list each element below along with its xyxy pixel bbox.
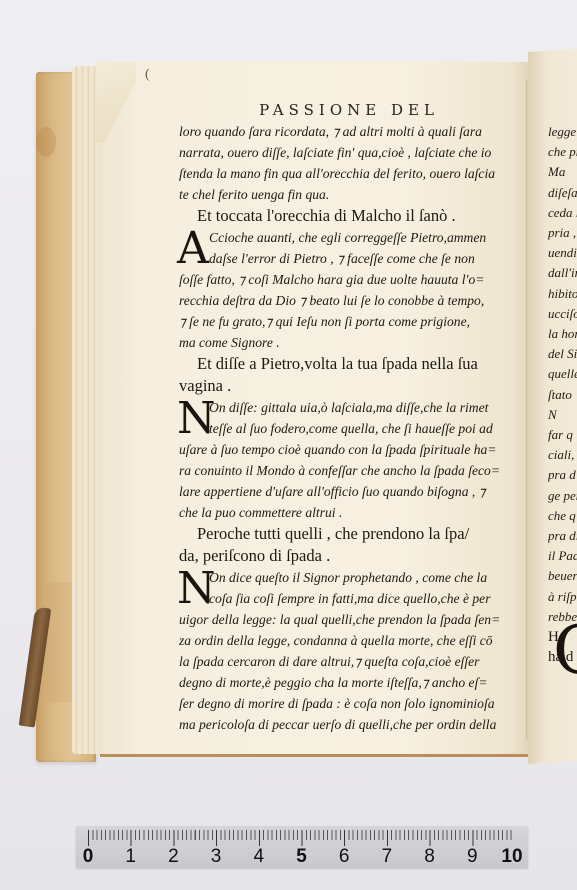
text-line: ma pericoloſa di peccar uerſo di quelli,… [179,714,519,735]
text-line: narrata, ouero diſſe, laſciate fin' qua,… [179,142,519,163]
text-line: ma come Signore . [179,332,519,353]
running-head: PASSIONE DEL [179,101,519,119]
paragraph-2: A Ccioche auanti, che egli correggeſſe P… [179,227,519,353]
text-line: pra d [548,465,577,485]
text-line: Et toccata l'orecchia di Malcho il ſanò … [179,205,519,227]
text-line: recchia deſtra da Dio ⁊ beato lui ſe lo … [179,290,519,311]
text-line: ſtenda la mano fin qua all'orecchia del … [179,163,519,184]
text-line: loro quando ſara ricordata, ⁊ ad altri m… [179,121,519,142]
text-line: far q [548,425,577,445]
text-line: legge t [548,122,577,142]
text-line: coſa ſia coſi ſempre in fatti,ma dice qu… [179,588,519,609]
right-page-text-fragment: legge t che pr Ma diſeſa d ceda la pria … [548,122,577,667]
text-line: la hor [548,324,577,344]
text-line: dall'in [548,263,577,283]
text-line: hibito [548,284,577,304]
text-line: la ſpada cercaron di dare altrui,⁊ queſt… [179,651,519,672]
text-line: à riſp [548,587,577,607]
text-line: beuer [548,566,577,586]
text-line: vagina . [179,375,519,397]
ruler-ticks [88,830,515,846]
ruler-label: 3 [211,846,222,868]
ruler-label: 8 [424,846,435,868]
ruler-label: 10 [501,846,522,868]
ruler-label: 5 [296,846,307,868]
text-line: uſare à ſuo tempo cioè quando con la ſpa… [179,439,519,460]
text-line: N [548,405,577,425]
text-line: teſſe al ſuo fodero,come quella, che ſi … [179,418,519,439]
open-book: ( PASSIONE DEL loro quando ſara ricordat… [0,0,577,800]
text-line: ceda la [548,203,577,223]
scripture-heading-3: Peroche tutti quelli , che prendono la ſ… [179,523,519,567]
text-line: ra conuinto il Mondo à confeſſar che anc… [179,460,519,481]
text-line: ſer degno di morire di ſpada : è coſa no… [179,693,519,714]
folio-mark: ( [145,67,150,83]
ruler-label: 9 [467,846,478,868]
paragraph-body: Ccioche auanti, che egli correggeſſe Pie… [179,227,519,353]
scripture-heading-2: Et diſſe a Pietro,volta la tua ſpada nel… [179,353,519,397]
text-line: che q [548,506,577,526]
ruler-label: 4 [254,846,265,868]
ruler-label: 1 [125,846,136,868]
text-line: Et diſſe a Pietro,volta la tua ſpada nel… [179,353,519,375]
drop-cap: N [177,569,216,609]
text-line: ucciſo, [548,304,577,324]
text-line: Peroche tutti quelli , che prendono la ſ… [179,523,519,545]
ruler-label: 2 [168,846,179,868]
paragraph-3: N On diſſe: gittala uia,ò laſciala,ma di… [179,397,519,523]
drop-cap: C [553,618,577,684]
ruler-label: 6 [339,846,350,868]
text-line: che pr [548,142,577,162]
text-line: ſoſſe fatto, ⁊ coſi Malcho hara gia due … [179,269,519,290]
cover-stain [36,127,56,157]
text-line: On dice queſto il Signor prophetando , c… [179,567,519,588]
text-line: pra di [548,526,577,546]
text-line: quelle [548,364,577,384]
left-page-text: PASSIONE DEL loro quando ſara ricordata,… [179,101,519,735]
text-line: daſse l'error di Pietro , ⁊ faceſſe come… [179,248,519,269]
text-line: uendic [548,243,577,263]
text-line: za ordin della legge, condanna à quella … [179,630,519,651]
text-line: da, periſcono di ſpada . [179,545,519,567]
drop-cap: N [177,399,216,439]
scripture-heading-1: Et toccata l'orecchia di Malcho il ſanò … [179,205,519,227]
text-line: Ma [548,162,577,182]
text-line: te chel ferito uenga fin qua. [179,184,519,205]
text-line: che la puo commettere altrui . [179,502,519,523]
text-line: pria , e [548,223,577,243]
paragraph-1: loro quando ſara ricordata, ⁊ ad altri m… [179,121,519,205]
text-line: il Pad [548,546,577,566]
text-line: ge per [548,486,577,506]
scale-ruler: 0 1 2 3 4 5 6 7 8 9 10 [76,826,528,868]
paragraph-body: On diſſe: gittala uia,ò laſciala,ma diſſ… [179,397,519,523]
text-line: degno di morte,è peggio cha la morte iſt… [179,672,519,693]
text-line: uigor della legge: la qual quelli,che pr… [179,609,519,630]
text-line: On diſſe: gittala uia,ò laſciala,ma diſſ… [179,397,519,418]
text-line: diſeſa d [548,183,577,203]
text-line: ciali, [548,445,577,465]
text-line: ⁊ ſe ne fu grato,⁊ qui Ieſu non ſi porta… [179,311,519,332]
paragraph-body: On dice queſto il Signor prophetando , c… [179,567,519,735]
text-line: del Si [548,344,577,364]
text-line: lare appertiene d'uſare all'officio ſuo … [179,481,519,502]
text-line: Ccioche auanti, che egli correggeſſe Pie… [179,227,519,248]
ruler-label: 0 [83,846,94,868]
ruler-label: 7 [382,846,393,868]
drop-cap: A [177,229,209,269]
paragraph-4: N On dice queſto il Signor prophetando ,… [179,567,519,735]
text-line: ſtato [548,385,577,405]
